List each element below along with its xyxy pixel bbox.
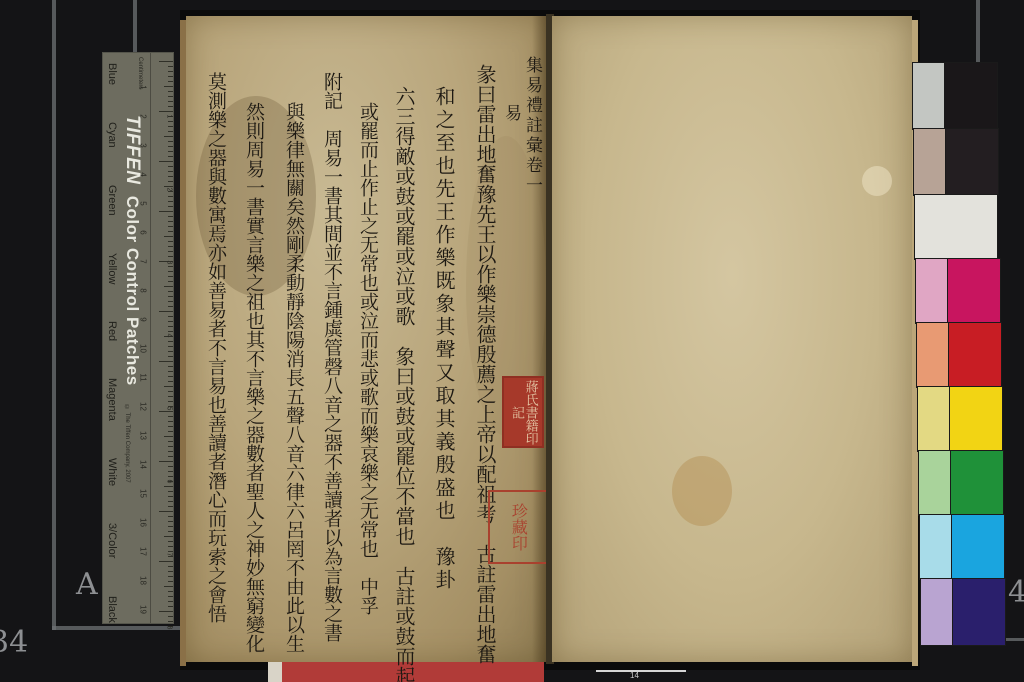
ruler-tick — [168, 151, 173, 152]
ruler-cm-number: 12 — [139, 398, 148, 416]
ruler-tick — [168, 176, 173, 177]
text-column-5: 附記 周易一書其間並不言鍾虡管磬八音之器不善讀者以為言數之書 — [322, 72, 341, 642]
ruler-tick — [168, 346, 173, 347]
ruler-tick — [168, 531, 173, 532]
ruler-inch-number: 5 — [166, 407, 173, 411]
ruler-tick — [164, 436, 173, 437]
ruler-cm-number: 16 — [139, 514, 148, 532]
ruler-tick — [168, 146, 173, 147]
ruler-tick — [168, 326, 173, 327]
text-column-7: 然則周易一書實言樂之祖也其不言樂之器數者聖人之神妙無窮變化 — [244, 102, 263, 653]
text-column-1: 彖曰雷出地奮豫先王以作樂崇德殷薦之上帝以配祖考 古註雷出地奮 — [475, 64, 495, 664]
color-patch — [919, 514, 953, 580]
ruler-tick — [164, 386, 173, 387]
ruler-tick — [168, 76, 173, 77]
ruler-color-black: Black — [106, 596, 118, 623]
ruler-tick — [168, 521, 173, 522]
text-column-2: 和之至也先王作樂既象其聲又取其義殷盛也 豫卦 — [434, 86, 454, 592]
ruler-tick — [168, 351, 173, 352]
ruler-cm-number: 5 — [139, 195, 148, 213]
ruler-tick — [168, 441, 173, 442]
ruler-tick — [168, 301, 173, 302]
ruler-color-green: Green — [106, 185, 118, 216]
ruler-tick — [159, 511, 173, 512]
ruler-tick — [168, 471, 173, 472]
ruler-tick — [168, 66, 173, 67]
left-page-edge — [180, 20, 186, 666]
tiffen-color-ruler: Centimeters Blue Cyan Green Yellow Red M… — [102, 52, 174, 624]
ruler-tick — [159, 611, 173, 612]
ruler-tick — [168, 141, 173, 142]
ruler-tick — [168, 571, 173, 572]
color-patch — [918, 450, 952, 516]
ruler-tick — [168, 96, 173, 97]
ruler-tick — [168, 426, 173, 427]
page-stain — [862, 166, 892, 196]
ruler-tick — [168, 606, 173, 607]
color-patch — [920, 578, 954, 646]
ruler-color-white: White — [106, 458, 118, 486]
board-line — [133, 0, 137, 52]
color-patch — [951, 514, 1005, 580]
ruler-color-labels: Blue Cyan Green Yellow Red Magenta White… — [106, 63, 118, 623]
color-patch — [944, 62, 998, 130]
ruler-tick — [168, 466, 173, 467]
ruler-cm-number: 2 — [139, 108, 148, 126]
page-stain — [672, 456, 732, 526]
ruler-tick — [168, 401, 173, 402]
ruler-tick — [168, 421, 173, 422]
ruler-cm-number: 19 — [139, 601, 148, 619]
ruler-tick — [168, 506, 173, 507]
ruler-inch-number: 8 — [166, 626, 173, 630]
text-column-4: 或罷而止作止之无常也或泣而悲或歌而樂哀樂之无常也 中孚 — [358, 102, 377, 615]
ruler-cm-number: 17 — [139, 543, 148, 561]
seal-text: 珍藏印 — [510, 503, 527, 551]
ruler-tick — [168, 496, 173, 497]
ruler-tick — [168, 341, 173, 342]
ruler-tick — [168, 621, 173, 622]
section-label: 易 — [502, 104, 519, 124]
ruler-tick — [168, 491, 173, 492]
ruler-color-cyan: Cyan — [106, 122, 118, 148]
ruler-tick — [168, 451, 173, 452]
ruler-tick — [168, 516, 173, 517]
ruler-tick — [168, 616, 173, 617]
ruler-cm-number: 9 — [139, 311, 148, 329]
ruler-tick — [164, 136, 173, 137]
ruler-tick — [168, 251, 173, 252]
ruler-tick — [168, 71, 173, 72]
ruler-tick — [168, 546, 173, 547]
ruler-tick — [168, 526, 173, 527]
text-column-8: 莫測樂之器與數寓焉亦如善易者不言易也善讀者潛心而玩索之會悟 — [206, 72, 225, 623]
ruler-tick — [164, 586, 173, 587]
ruler-tick — [168, 476, 173, 477]
ruler-color-blue: Blue — [106, 63, 118, 85]
ruler-tick — [168, 256, 173, 257]
ruler-copyright: © The Tiffen Company, 2007 — [124, 405, 130, 483]
ruler-tick — [168, 576, 173, 577]
ruler-tick — [168, 216, 173, 217]
ruler-tick — [168, 281, 173, 282]
ruler-tick — [168, 91, 173, 92]
board-number-right: 4 — [1008, 578, 1024, 608]
ruler-tick — [168, 316, 173, 317]
ruler-cm-number: 8 — [139, 282, 148, 300]
color-patch — [947, 258, 1001, 324]
ruler-cm-number: 18 — [139, 572, 148, 590]
color-patch — [948, 322, 1002, 388]
ruler-tick — [168, 296, 173, 297]
ruler-tick — [168, 106, 173, 107]
bottom-scale-label: 14 — [630, 671, 639, 680]
ruler-tick — [168, 291, 173, 292]
board-line — [52, 626, 184, 630]
ruler-cm-number: 10 — [139, 340, 148, 358]
ruler-tick — [168, 126, 173, 127]
ruler-tick — [168, 446, 173, 447]
ruler-color-3color: 3/Color — [106, 523, 118, 558]
collector-seal-solid: 蔣氏書籍印記 — [502, 376, 544, 448]
board-line — [1006, 638, 1024, 641]
ruler-tick — [168, 601, 173, 602]
text-column-6: 與樂律無關矣然剛柔動靜陰陽消長五聲八音六律六呂罔不由此以生 — [284, 102, 303, 653]
ruler-cm-number: 7 — [139, 253, 148, 271]
ruler-tick — [168, 456, 173, 457]
ruler-tick — [168, 376, 173, 377]
color-patch-white — [914, 194, 998, 260]
ruler-tick — [168, 246, 173, 247]
ruler-cm-number: 14 — [139, 456, 148, 474]
ruler-tick — [168, 266, 173, 267]
ruler-inch-number: 2 — [166, 188, 173, 192]
color-patch — [917, 386, 951, 452]
ruler-cm-number: 1 — [139, 79, 148, 97]
text-column-3: 六三得敵或鼓或罷或泣或歌 象曰或鼓或罷位不當也 古註或鼓而起 — [394, 86, 414, 682]
ruler-tick — [168, 416, 173, 417]
color-patch — [952, 578, 1006, 646]
ruler-tick — [168, 271, 173, 272]
ruler-tick — [159, 61, 173, 62]
ruler-inch-number: 1 — [166, 115, 173, 119]
ruler-tick — [168, 541, 173, 542]
ruler-tick — [159, 211, 173, 212]
ruler-inch-number: 3 — [166, 261, 173, 265]
ruler-tick — [159, 311, 173, 312]
ruler-tick — [168, 381, 173, 382]
ruler-tick — [168, 121, 173, 122]
color-patch — [916, 322, 950, 388]
ruler-cm-number: 11 — [139, 369, 148, 387]
ruler-tick — [168, 371, 173, 372]
seal-text: 蔣氏書籍印記 — [509, 378, 536, 446]
left-page: 集易禮註彙卷一 易 彖曰雷出地奮豫先王以作樂崇德殷薦之上帝以配祖考 古註雷出地奮… — [186, 16, 548, 662]
ruler-tick — [159, 561, 173, 562]
ruler-tick — [168, 181, 173, 182]
board-letter: A — [76, 570, 98, 600]
board-line — [52, 0, 56, 630]
ruler-tick — [168, 501, 173, 502]
ruler-cm-number: 4 — [139, 166, 148, 184]
ruler-tick — [168, 231, 173, 232]
ruler-tick — [168, 206, 173, 207]
color-patch — [945, 128, 999, 196]
board-line — [976, 0, 980, 62]
ruler-tick — [159, 411, 173, 412]
ruler-color-magenta: Magenta — [106, 378, 118, 421]
color-patch — [950, 450, 1004, 516]
ruler-scale — [150, 53, 173, 623]
ruler-tick — [164, 286, 173, 287]
color-patch — [912, 62, 946, 130]
ruler-tick — [164, 236, 173, 237]
ruler-inch-number: 7 — [166, 553, 173, 557]
ruler-tick — [168, 596, 173, 597]
ruler-cm-number: 15 — [139, 485, 148, 503]
ruler-tick — [168, 131, 173, 132]
ruler-tick — [168, 196, 173, 197]
ruler-inch-number: 6 — [166, 480, 173, 484]
board-number: 34 — [0, 628, 28, 658]
ruler-tick — [168, 306, 173, 307]
ruler-tick — [164, 536, 173, 537]
ruler-tick — [168, 591, 173, 592]
ruler-tick — [168, 431, 173, 432]
color-calibration-patches — [912, 62, 1004, 648]
ruler-tick — [159, 111, 173, 112]
bookmark-white — [268, 662, 282, 682]
ruler-tick — [159, 461, 173, 462]
ruler-tick — [159, 161, 173, 162]
color-patch — [913, 128, 947, 196]
ruler-tick — [164, 86, 173, 87]
ruler-tick — [168, 581, 173, 582]
ruler-inch-number: 4 — [166, 334, 173, 338]
ruler-tick — [168, 171, 173, 172]
ruler-tick — [168, 396, 173, 397]
collector-seal-outline: 珍藏印 — [488, 490, 548, 564]
ruler-tick — [168, 156, 173, 157]
ruler-cm-number: 13 — [139, 427, 148, 445]
ruler-tick — [168, 566, 173, 567]
ruler-tick — [168, 356, 173, 357]
color-patch — [949, 386, 1003, 452]
ruler-tick — [168, 226, 173, 227]
ruler-tick — [168, 221, 173, 222]
ruler-tick — [168, 101, 173, 102]
bottom-scale-bar — [596, 670, 686, 672]
ruler-color-red: Red — [106, 321, 118, 341]
right-page — [552, 16, 912, 662]
ruler-tick — [168, 166, 173, 167]
ruler-tick — [159, 361, 173, 362]
ruler-tick — [168, 276, 173, 277]
ruler-tick — [168, 81, 173, 82]
ruler-tick — [168, 331, 173, 332]
ruler-tick — [168, 391, 173, 392]
ruler-color-yellow: Yellow — [106, 253, 118, 284]
book-title-column: 集易禮註彙卷一 — [523, 56, 540, 196]
ruler-tick — [164, 486, 173, 487]
ruler-cm-number: 6 — [139, 224, 148, 242]
ruler-tick — [168, 241, 173, 242]
color-patch — [915, 258, 949, 324]
ruler-tick — [168, 201, 173, 202]
ruler-tick — [168, 321, 173, 322]
ruler-tick — [168, 366, 173, 367]
ruler-cm-number: 3 — [139, 137, 148, 155]
